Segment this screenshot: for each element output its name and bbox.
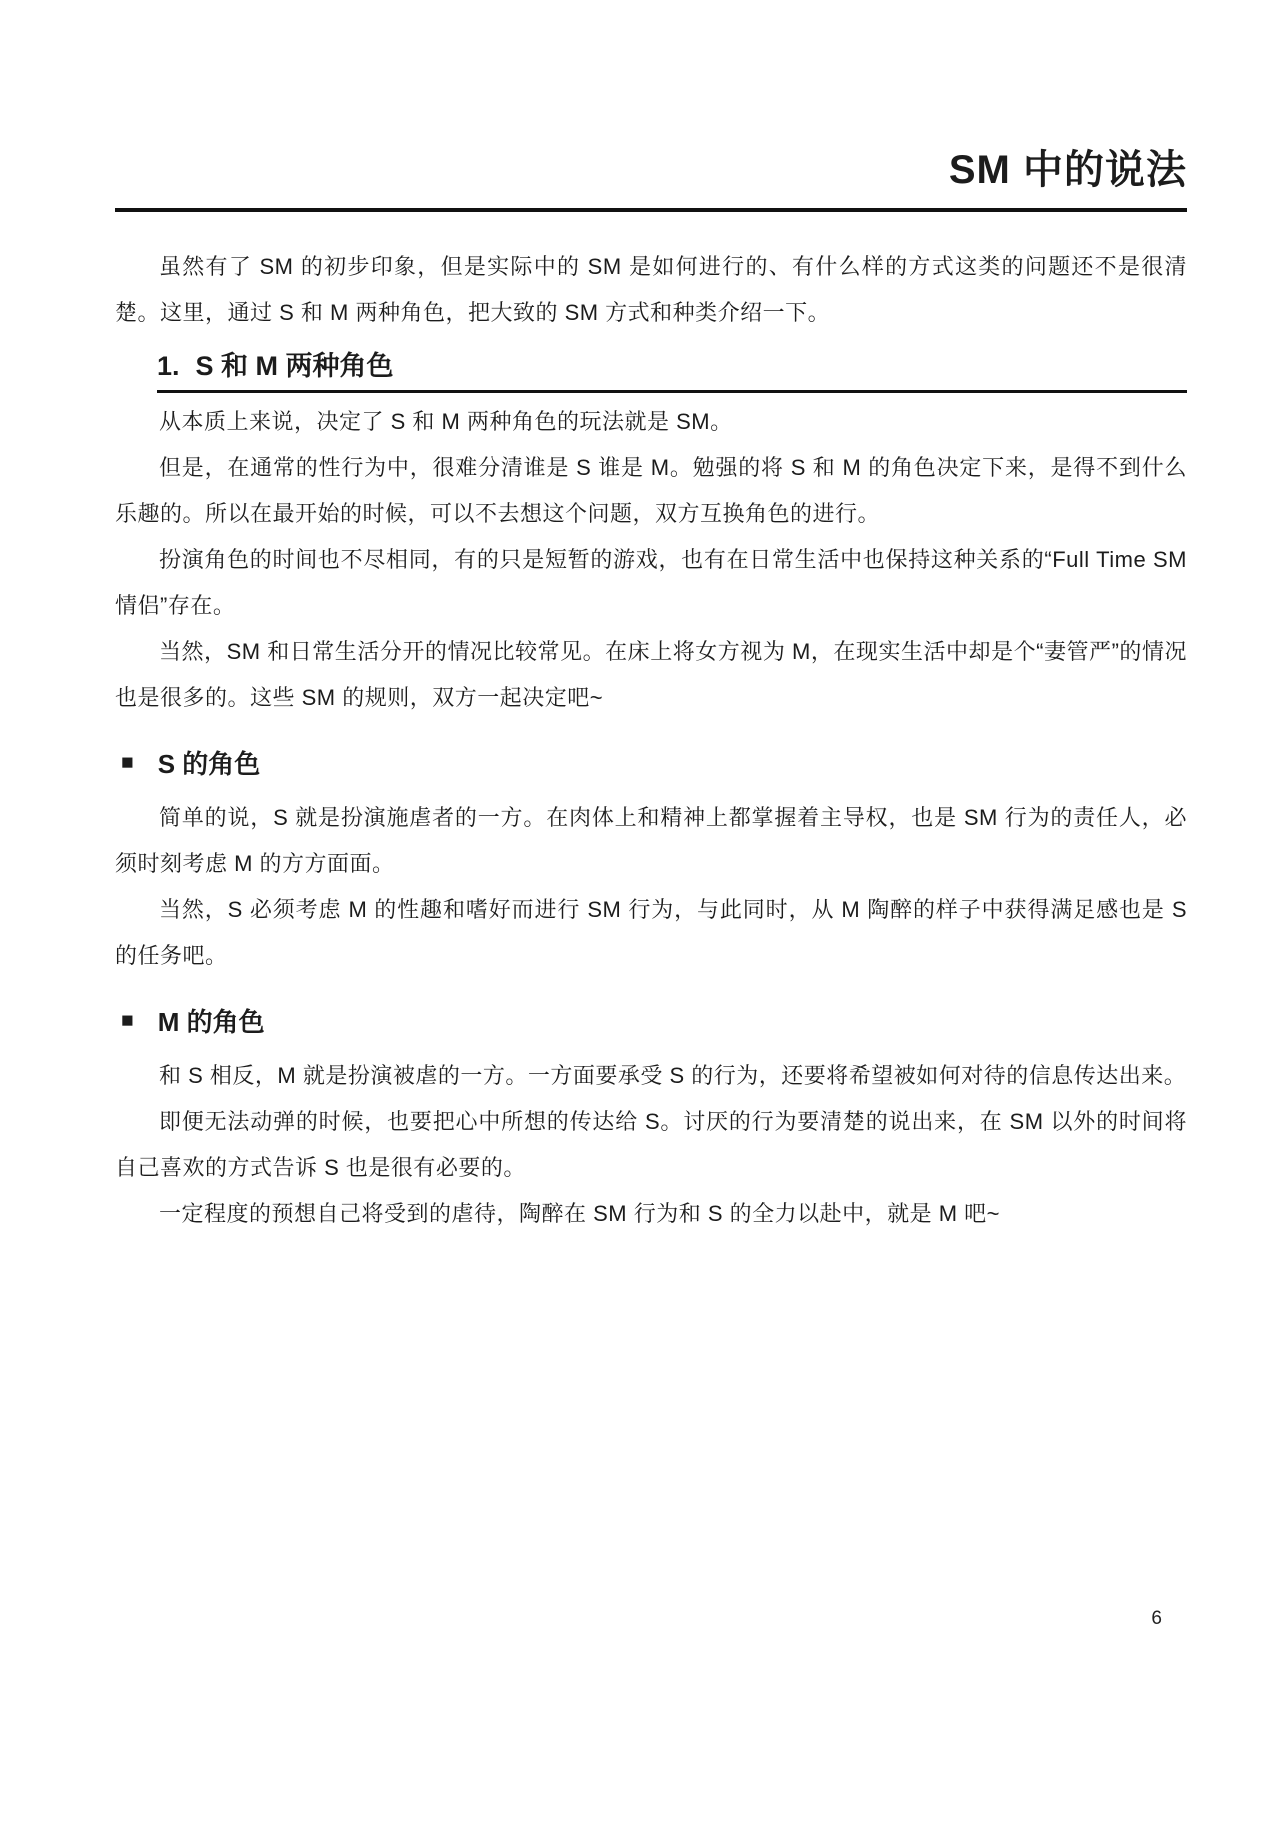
s-role-paragraph-2: 当然，S 必须考虑 M 的性趣和嗜好而进行 SM 行为，与此同时，从 M 陶醉的…	[115, 887, 1187, 979]
subheading-s-role: ■S 的角色	[115, 745, 1187, 783]
m-role-paragraph-2: 即便无法动弹的时候，也要把心中所想的传达给 S。讨厌的行为要清楚的说出来，在 S…	[115, 1099, 1187, 1191]
subheading-m-role: ■M 的角色	[115, 1003, 1187, 1041]
section1-paragraph-3: 扮演角色的时间也不尽相同，有的只是短暂的游戏，也有在日常生活中也保持这种关系的“…	[115, 537, 1187, 629]
intro-paragraph: 虽然有了 SM 的初步印象，但是实际中的 SM 是如何进行的、有什么样的方式这类…	[115, 244, 1187, 336]
subheading-s-role-label: S 的角色	[158, 745, 261, 783]
m-role-paragraph-1: 和 S 相反，M 就是扮演被虐的一方。一方面要承受 S 的行为，还要将希望被如何…	[115, 1053, 1187, 1099]
section-divider	[157, 390, 1187, 393]
section-heading-s-and-m-roles: 1.S 和 M 两种角色	[115, 346, 1187, 386]
section-number: 1.	[157, 346, 180, 386]
page-title: SM 中的说法	[115, 0, 1187, 194]
page-number: 6	[1151, 1608, 1162, 1630]
square-bullet-icon: ■	[121, 744, 134, 782]
section1-paragraph-1: 从本质上来说，决定了 S 和 M 两种角色的玩法就是 SM。	[115, 399, 1187, 445]
m-role-paragraph-3: 一定程度的预想自己将受到的虐待，陶醉在 SM 行为和 S 的全力以赴中，就是 M…	[115, 1191, 1187, 1237]
document-page: SM 中的说法 虽然有了 SM 的初步印象，但是实际中的 SM 是如何进行的、有…	[0, 0, 1280, 1832]
subheading-m-role-label: M 的角色	[158, 1003, 265, 1041]
section-heading-label: S 和 M 两种角色	[196, 351, 394, 381]
square-bullet-icon: ■	[121, 1002, 134, 1040]
title-divider	[115, 208, 1187, 212]
page-content: SM 中的说法 虽然有了 SM 的初步印象，但是实际中的 SM 是如何进行的、有…	[115, 0, 1187, 1237]
s-role-paragraph-1: 简单的说，S 就是扮演施虐者的一方。在肉体上和精神上都掌握着主导权，也是 SM …	[115, 795, 1187, 887]
section1-paragraph-4: 当然，SM 和日常生活分开的情况比较常见。在床上将女方视为 M，在现实生活中却是…	[115, 629, 1187, 721]
section1-paragraph-2: 但是，在通常的性行为中，很难分清谁是 S 谁是 M。勉强的将 S 和 M 的角色…	[115, 445, 1187, 537]
